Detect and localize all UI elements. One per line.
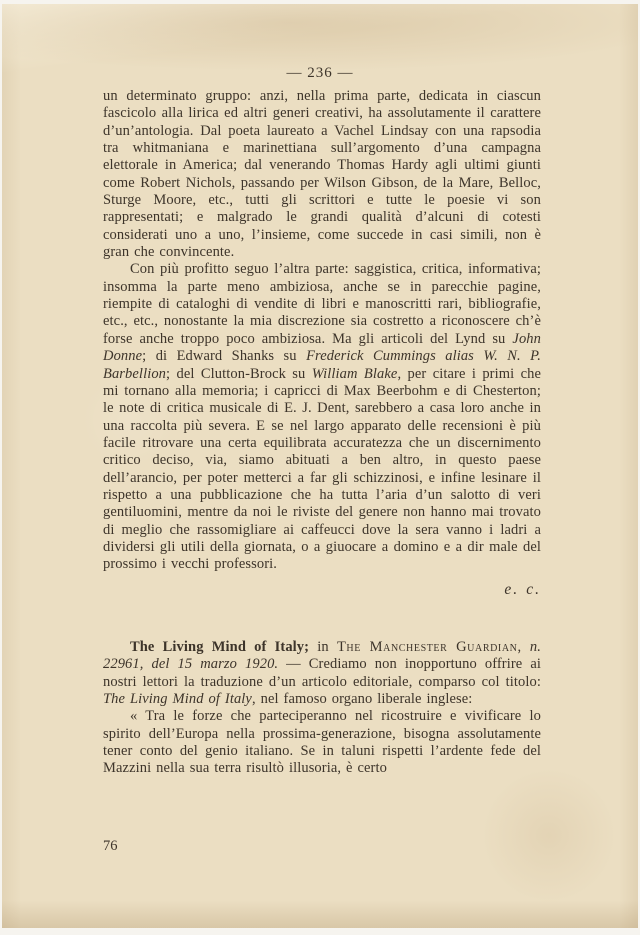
next-article-heading-paragraph: The Living Mind of Italy; in The Manches… (103, 639, 541, 708)
page-number-footer: 76 (103, 838, 118, 855)
article-end-paragraph-1: un determinato gruppo: anzi, nella prima… (103, 88, 541, 261)
book-page: — 236 — un determinato gruppo: anzi, nel… (2, 4, 638, 928)
next-article-quote-paragraph: « Tra le forze che parteciperanno nel ri… (103, 708, 541, 777)
scanned-page-frame: — 236 — un determinato gruppo: anzi, nel… (0, 0, 640, 935)
article-end-paragraph-2: Con più profitto seguo l’altra parte: sa… (103, 261, 541, 573)
text-column: un determinato gruppo: anzi, nella prima… (103, 88, 541, 778)
signature-initials: e. c. (103, 581, 541, 598)
page-number-header: — 236 — (2, 65, 638, 82)
